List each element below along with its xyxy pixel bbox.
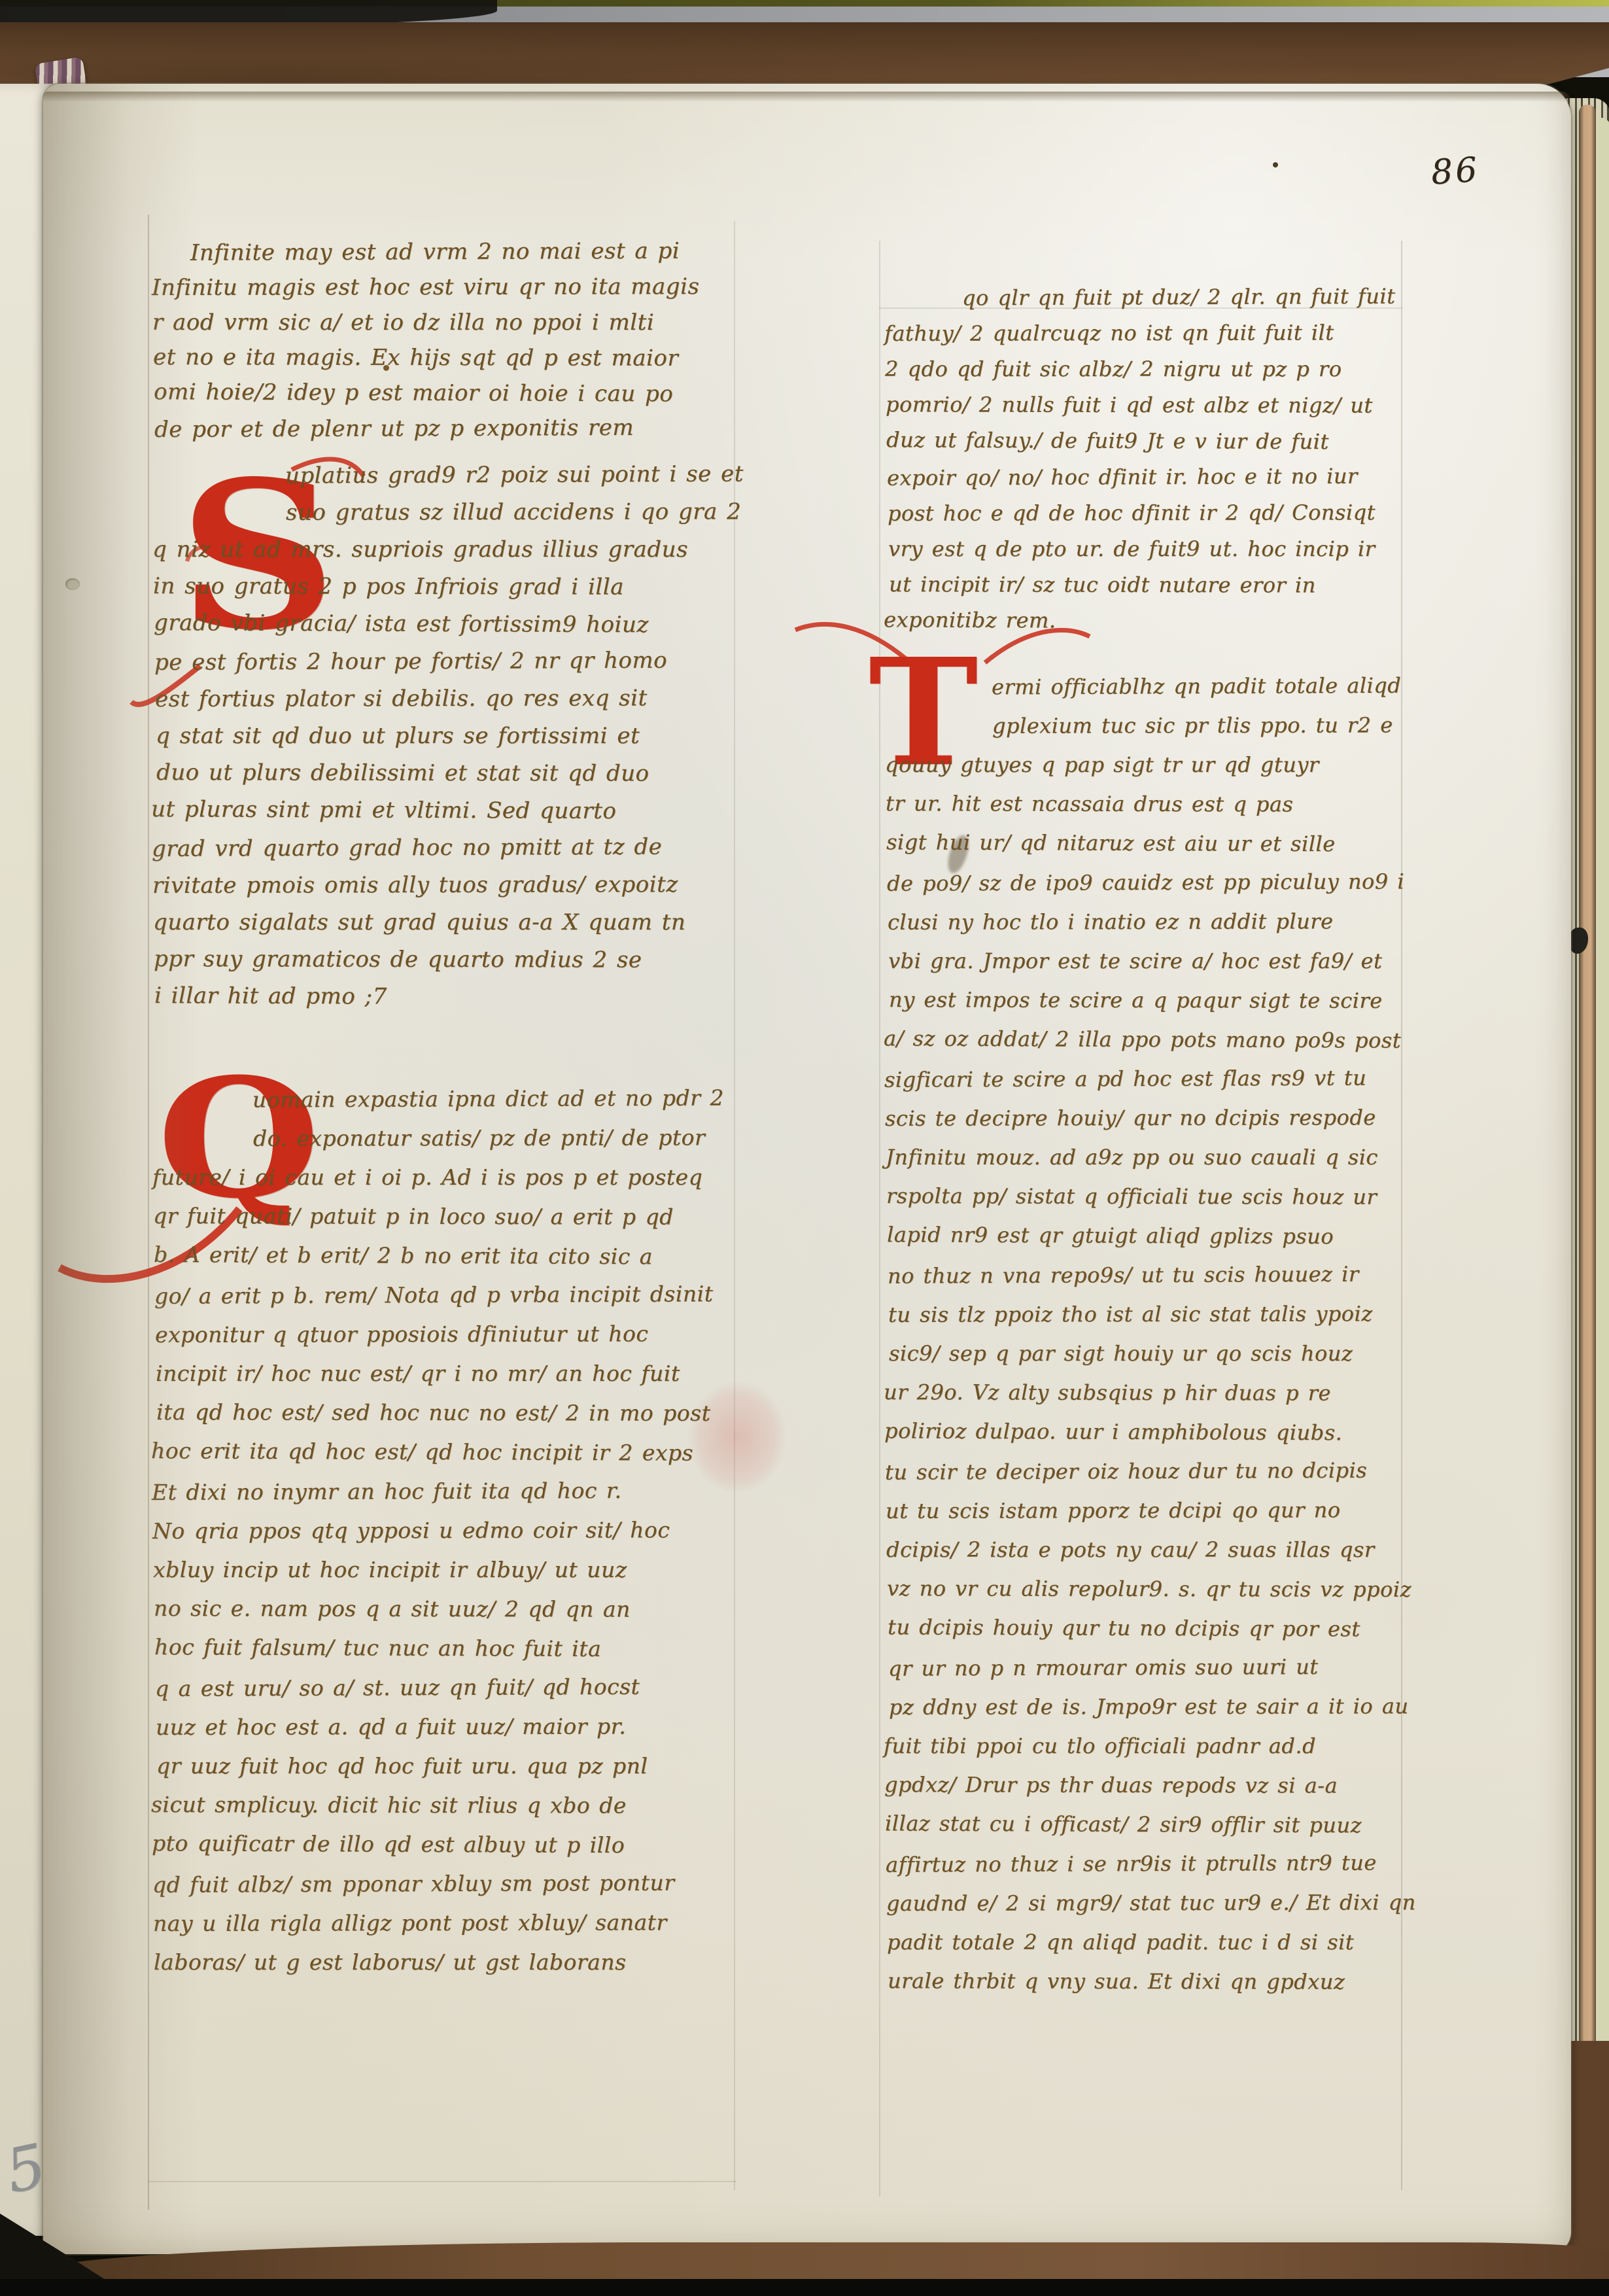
fore-edge-tan-leaf <box>1579 105 1596 2237</box>
manuscript-page: 86 S Q T Infinite may est ad vrm 2 no ma… <box>43 84 1571 2254</box>
page-vignette <box>43 84 1571 2254</box>
scan-bottom-edge <box>0 2279 1609 2296</box>
scanned-manuscript-photo: 86 S Q T Infinite may est ad vrm 2 no ma… <box>0 0 1609 2296</box>
fore-edge-endpaper <box>1597 118 1609 2165</box>
page-top-crease <box>43 92 1571 102</box>
